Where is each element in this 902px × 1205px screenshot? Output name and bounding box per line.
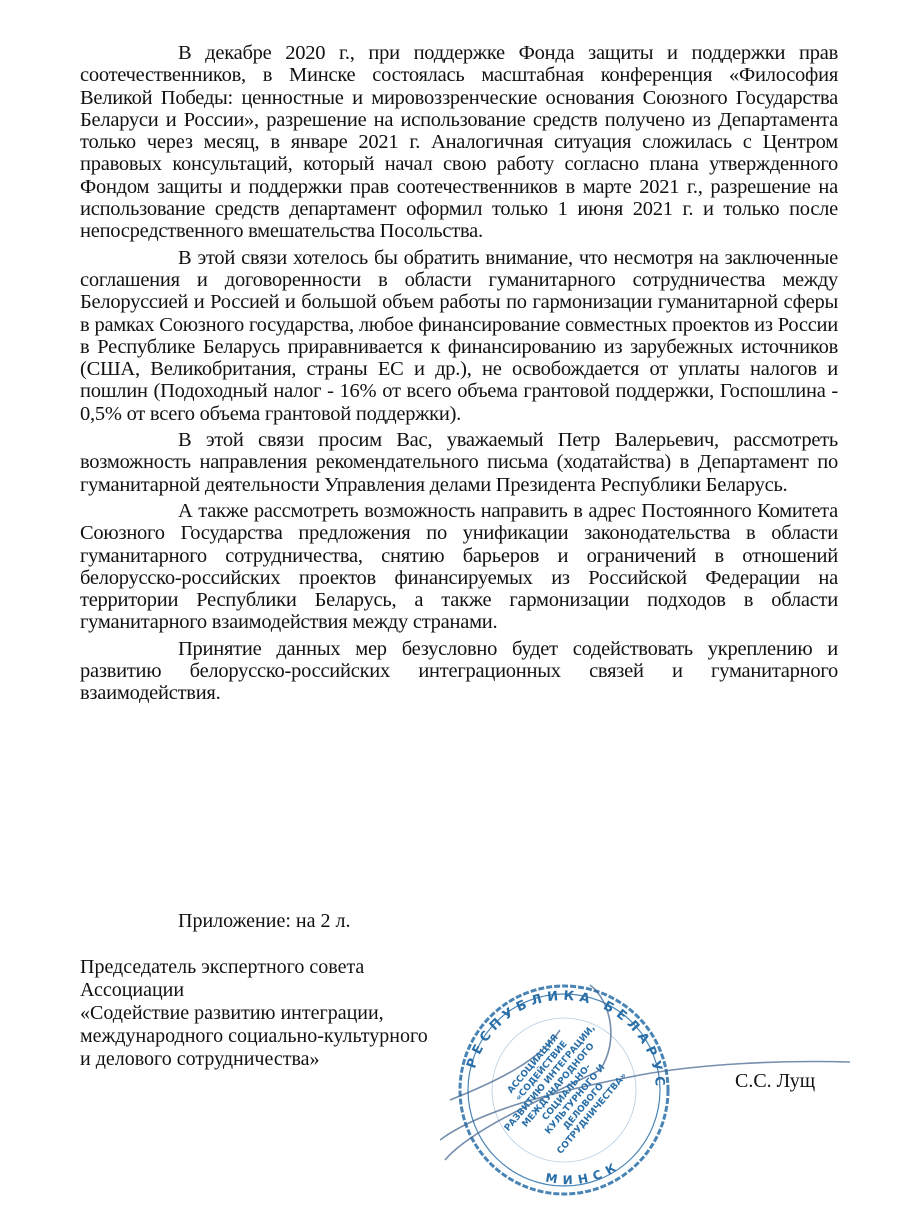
- paragraph: Принятие данных мер безусловно будет сод…: [80, 638, 838, 705]
- signer-title: Председатель экспертного совета Ассоциац…: [80, 956, 480, 1071]
- paragraph: А также рассмотреть возможность направит…: [80, 500, 838, 634]
- signer-title-line: и делового сотрудничества»: [80, 1048, 480, 1071]
- letter-body: В декабре 2020 г., при поддержке Фонда з…: [80, 42, 838, 705]
- signer-name: С.С. Лущ: [735, 1070, 815, 1092]
- signer-title-line: Ассоциации: [80, 979, 480, 1002]
- document-page: В декабре 2020 г., при поддержке Фонда з…: [0, 0, 902, 1205]
- paragraph: В этой связи хотелось бы обратить вниман…: [80, 247, 838, 425]
- paragraph: В этой связи просим Вас, уважаемый Петр …: [80, 429, 838, 496]
- appendix-note: Приложение: на 2 л.: [178, 910, 350, 932]
- paragraph: В декабре 2020 г., при поддержке Фонда з…: [80, 42, 838, 243]
- signer-title-line: международного социально-культурного: [80, 1025, 480, 1048]
- signer-title-line: Председатель экспертного совета: [80, 956, 480, 979]
- signer-title-line: «Содействие развитию интеграции,: [80, 1002, 480, 1025]
